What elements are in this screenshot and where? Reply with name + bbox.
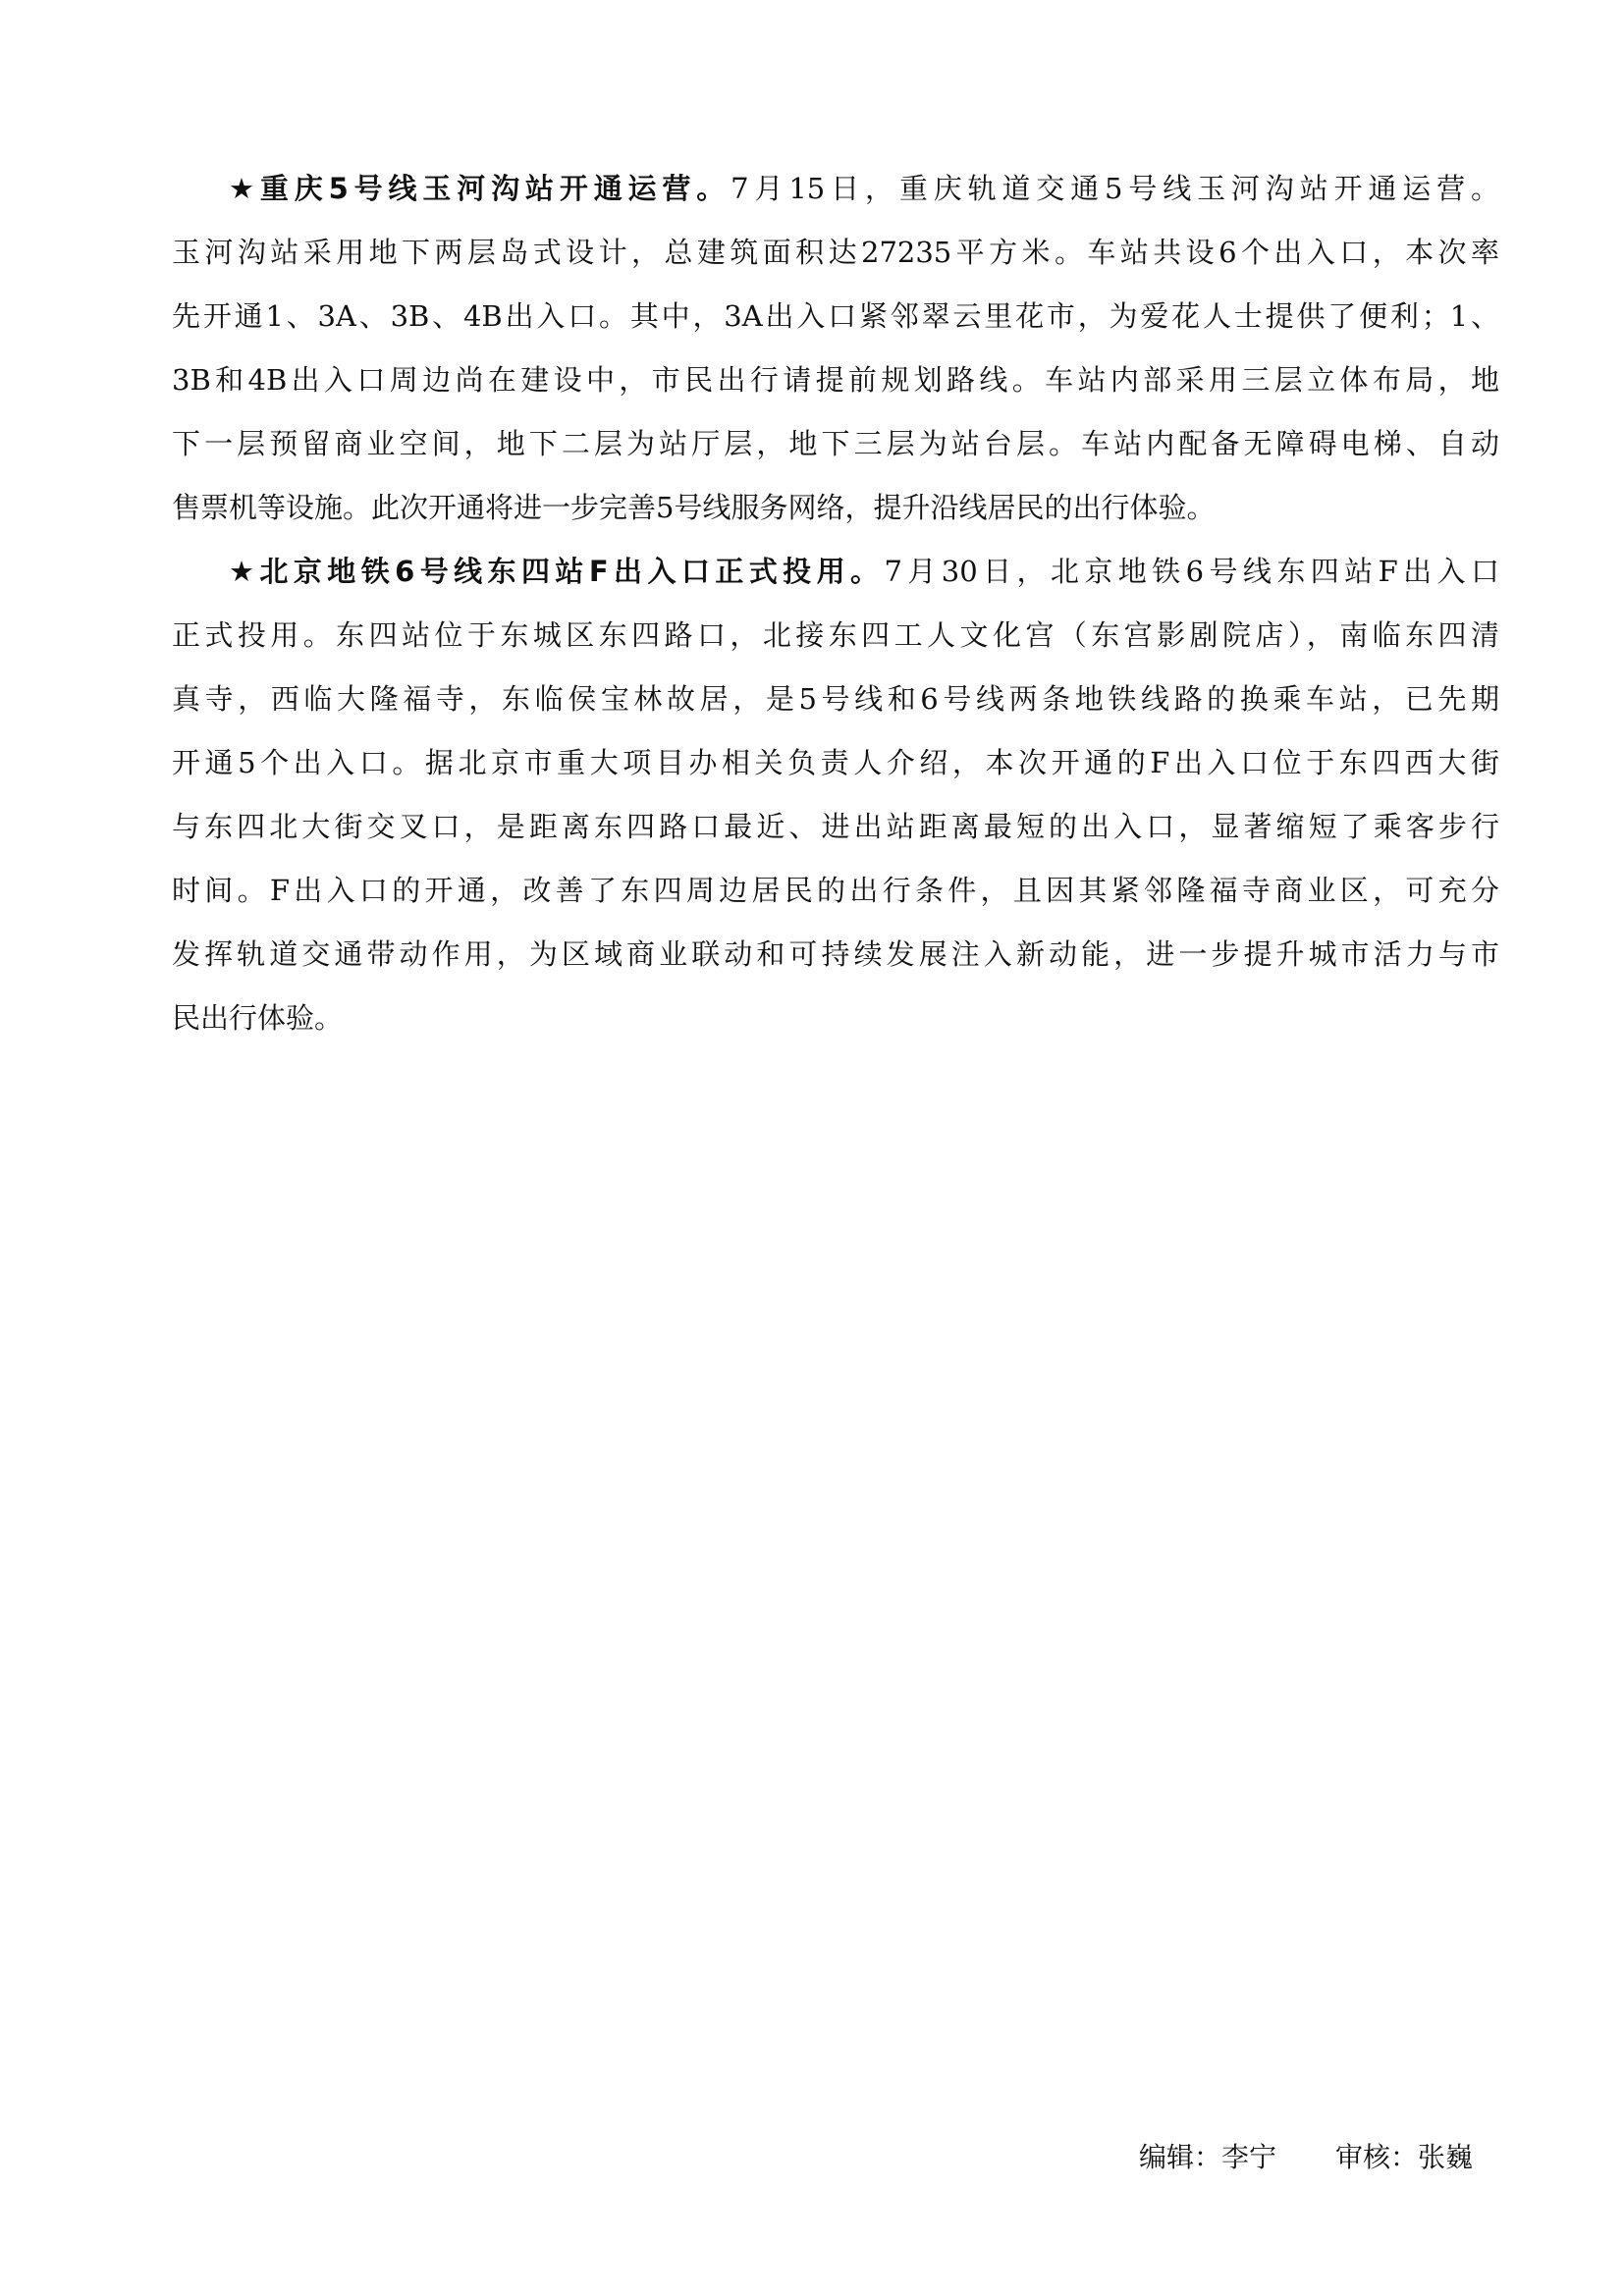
paragraph-1-line-3: 先开通1、3A、3B、4B出入口。其中，3A出入口紧邻翠云里花市，为爱花人士提供… xyxy=(172,296,1499,336)
editor-credits: 编辑：李宁审核：张巍 xyxy=(1139,2138,1473,2177)
reviewer-label: 审核： xyxy=(1335,2141,1418,2173)
paragraph-2-line-4: 开通5个出入口。据北京市重大项目办相关负责人介绍，本次开通的F出入口位于东四西大… xyxy=(172,743,1499,782)
paragraph-1-text: 7月15日，重庆轨道交通5号线玉河沟站开通运营。 xyxy=(731,172,1499,205)
paragraph-1-line-4: 3B和4B出入口周边尚在建设中，市民出行请提前规划路线。车站内部采用三层立体布局… xyxy=(172,360,1499,400)
paragraph-1-line-6: 售票机等设施。此次开通将进一步完善5号线服务网络，提升沿线居民的出行体验。 xyxy=(172,488,1499,527)
paragraph-2-heading: ★北京地铁6号线东四站F出入口正式投用。 xyxy=(229,555,884,588)
editor-name: 李宁 xyxy=(1221,2141,1276,2173)
document-page: ★重庆5号线玉河沟站开通运营。7月15日，重庆轨道交通5号线玉河沟站开通运营。 … xyxy=(0,0,1624,2296)
reviewer-name: 张巍 xyxy=(1418,2141,1473,2173)
paragraph-2-line-6: 时间。F出入口的开通，改善了东四周边居民的出行条件，且因其紧邻隆福寺商业区，可充… xyxy=(172,871,1499,910)
paragraph-1-line-1: ★重庆5号线玉河沟站开通运营。7月15日，重庆轨道交通5号线玉河沟站开通运营。 xyxy=(229,169,1499,208)
paragraph-2-line-5: 与东四北大街交叉口，是距离东四路口最近、进出站距离最短的出入口，显著缩短了乘客步… xyxy=(172,807,1499,846)
paragraph-2-line-2: 正式投用。东四站位于东城区东四路口，北接东四工人文化宫（东宫影剧院店），南临东四… xyxy=(172,615,1499,655)
paragraph-1-line-5: 下一层预留商业空间，地下二层为站厅层，地下三层为站台层。车站内配备无障碍电梯、自… xyxy=(172,424,1499,463)
paragraph-2-line-8: 民出行体验。 xyxy=(172,998,1499,1038)
paragraph-1-line-2: 玉河沟站采用地下两层岛式设计，总建筑面积达27235平方米。车站共设6个出入口，… xyxy=(172,233,1499,272)
paragraph-1-heading: ★重庆5号线玉河沟站开通运营。 xyxy=(229,172,731,205)
paragraph-2-line-7: 发挥轨道交通带动作用，为区域商业联动和可持续发展注入新动能，进一步提升城市活力与… xyxy=(172,934,1499,974)
paragraph-2-line-1: ★北京地铁6号线东四站F出入口正式投用。7月30日，北京地铁6号线东四站F出入口 xyxy=(229,552,1499,591)
paragraph-2-text: 7月30日，北京地铁6号线东四站F出入口 xyxy=(884,555,1499,588)
editor-label: 编辑： xyxy=(1139,2141,1221,2173)
paragraph-2-line-3: 真寺，西临大隆福寺，东临侯宝林故居，是5号线和6号线两条地铁线路的换乘车站，已先… xyxy=(172,679,1499,719)
